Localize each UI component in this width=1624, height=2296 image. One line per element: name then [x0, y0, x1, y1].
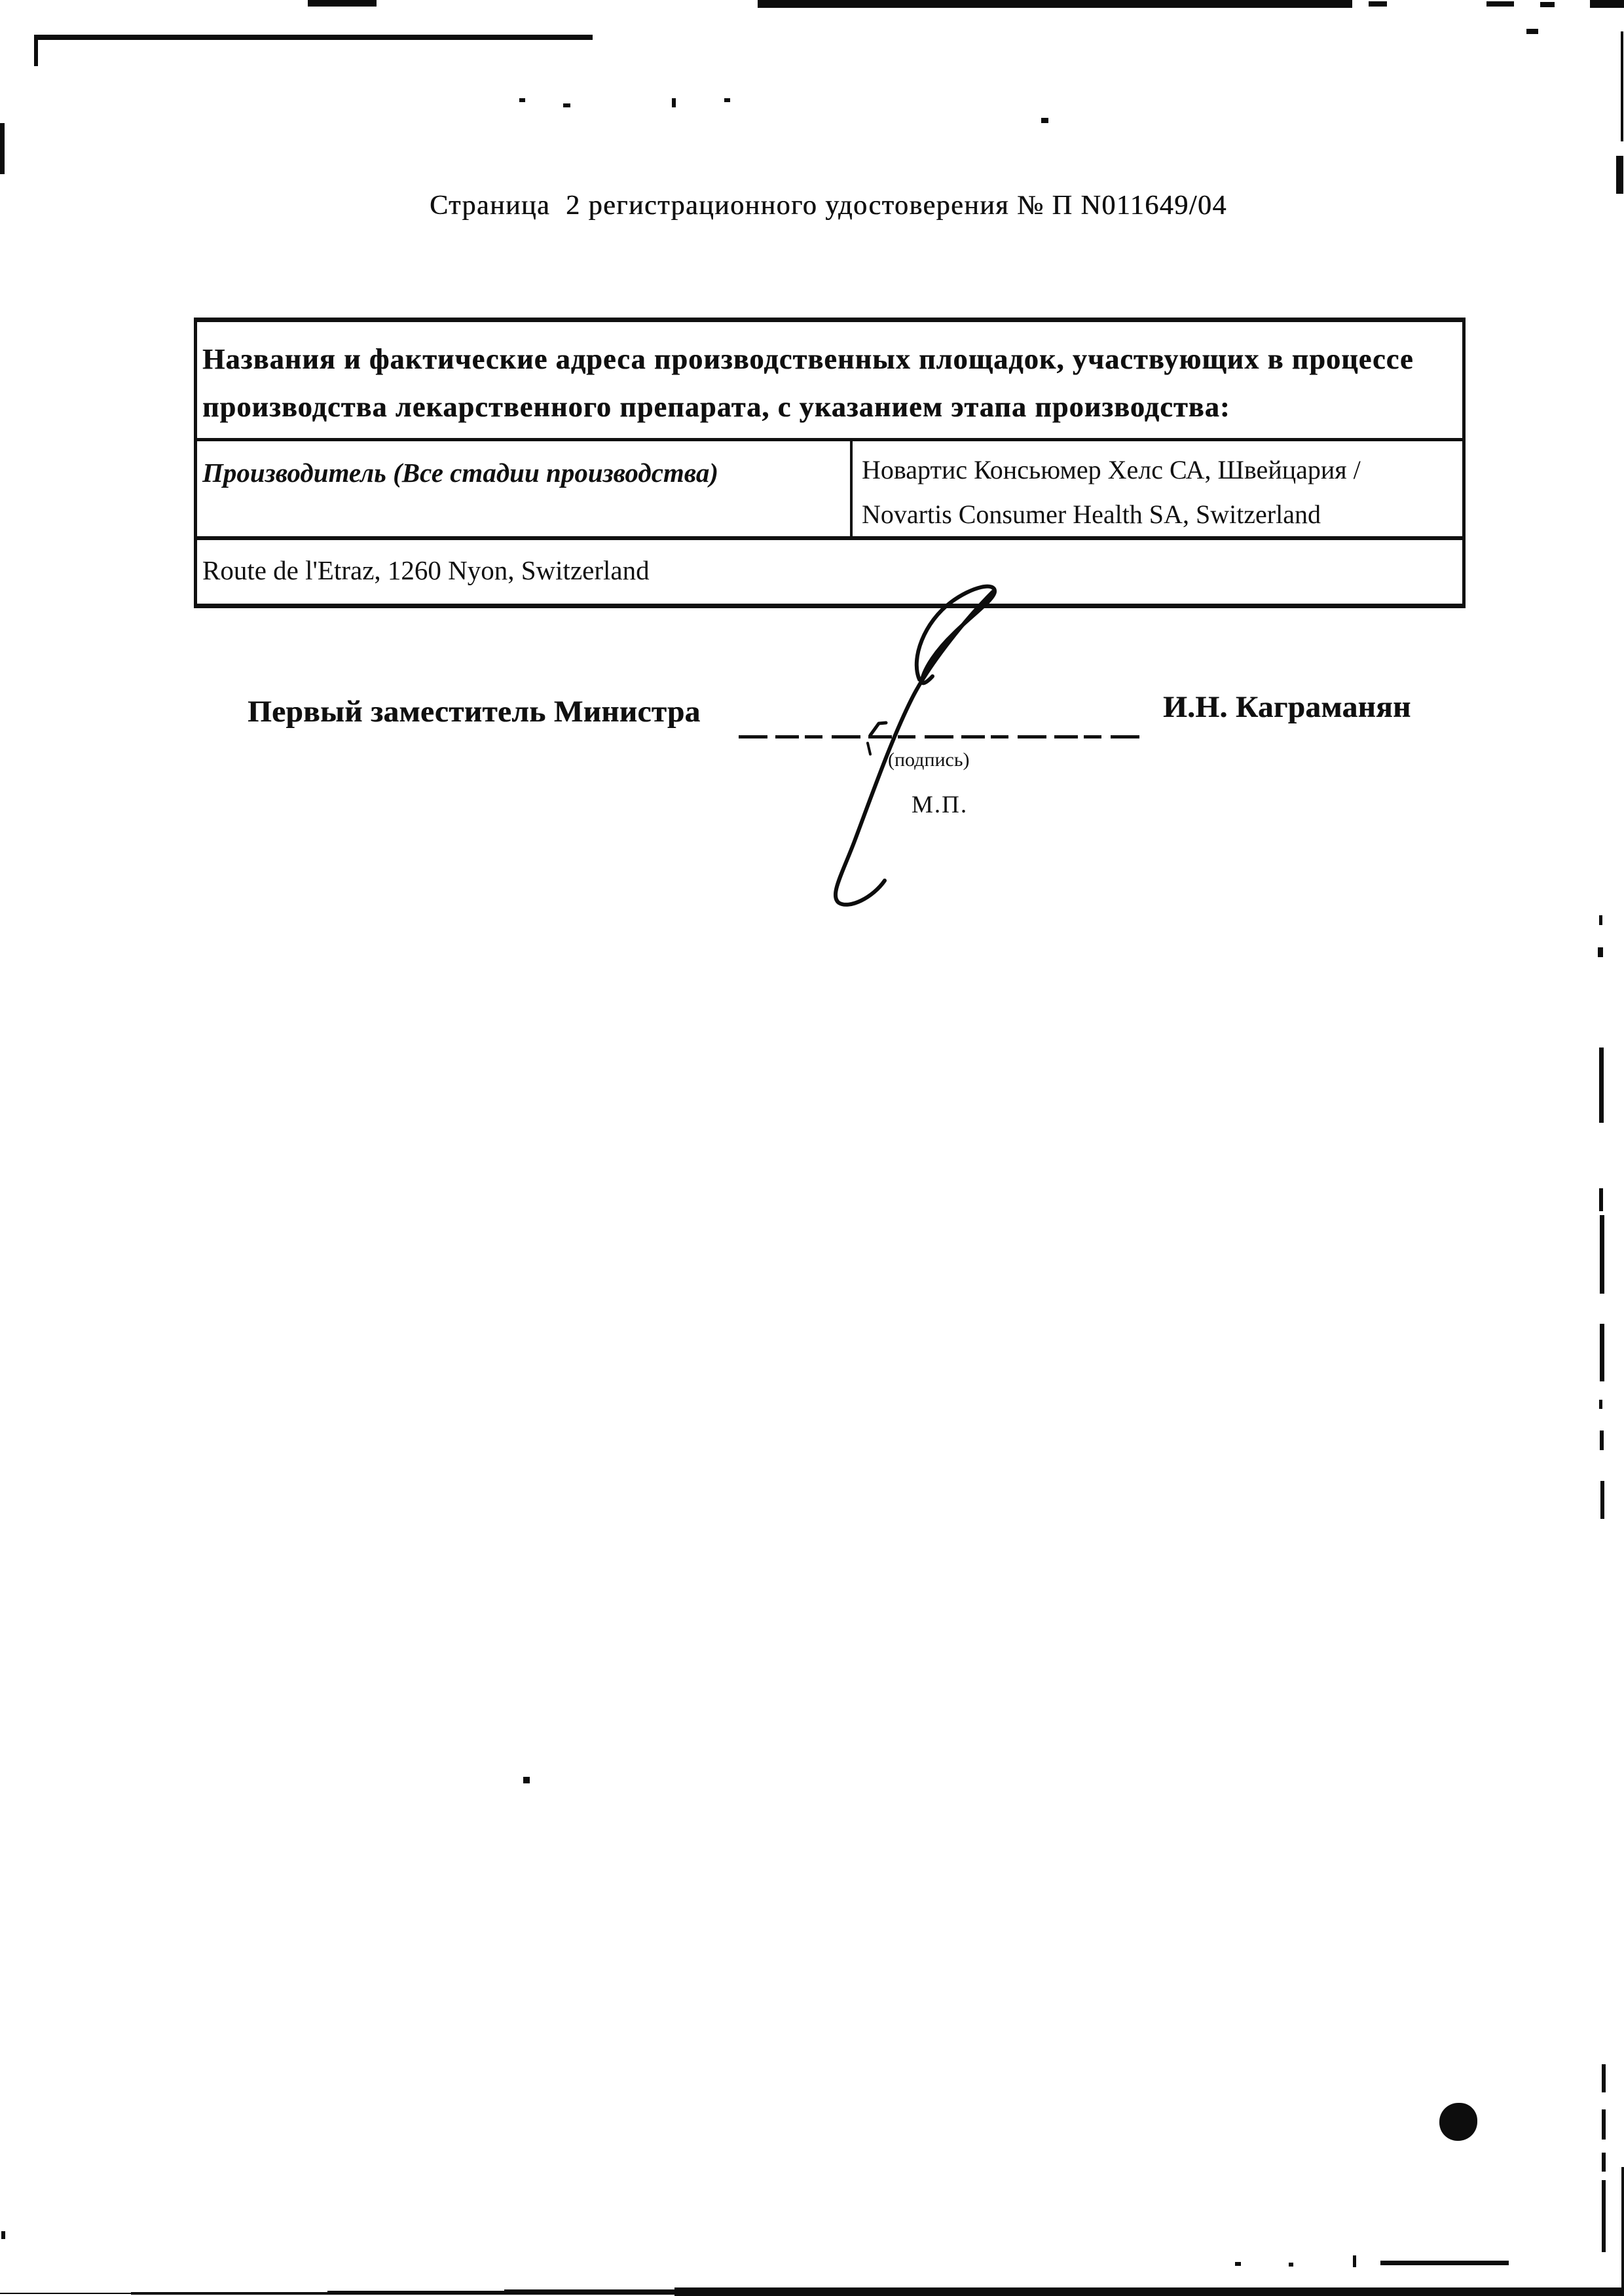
signer-name: И.Н. Каграманян [1163, 689, 1411, 725]
scan-speck [1353, 2255, 1356, 2267]
handwritten-signature [805, 575, 1028, 915]
scan-dash [1602, 2180, 1606, 2252]
scan-dash [1598, 947, 1603, 957]
scan-mark [0, 2293, 131, 2294]
table-producer-row: Производитель (Все стадии производства) … [197, 441, 1462, 540]
scan-mark [131, 2292, 327, 2295]
table-header-cell: Названия и фактические адреса производст… [197, 322, 1462, 441]
scan-dash [1600, 1430, 1604, 1450]
scan-speck [1, 2231, 5, 2239]
scan-speck [1235, 2262, 1241, 2266]
scan-mark [308, 0, 377, 7]
scan-dash [1599, 1188, 1603, 1211]
scan-mark [1616, 156, 1623, 194]
scan-speck [672, 98, 676, 107]
producer-value-en: Novartis Consumer Health SA, Switzerland [862, 492, 1462, 537]
scan-speck [519, 98, 525, 102]
scan-mark [1590, 0, 1624, 8]
scan-dash [1599, 915, 1602, 925]
scan-mark [758, 0, 1352, 8]
corner-bracket-horizontal [34, 35, 593, 40]
scan-mark [327, 2291, 504, 2295]
scan-mark [1380, 2261, 1509, 2265]
scan-dash [1600, 1324, 1604, 1381]
production-sites-table: Названия и фактические адреса производст… [194, 318, 1466, 608]
corner-bracket-vertical [34, 35, 38, 66]
scan-speck [1041, 118, 1048, 123]
producer-label-cell: Производитель (Все стадии производства) [197, 441, 853, 536]
scan-mark [1526, 29, 1538, 34]
scan-speck [724, 98, 730, 102]
scan-mark [674, 2287, 1624, 2296]
scan-speck [563, 103, 570, 107]
scan-speck [1289, 2263, 1293, 2267]
scan-mark [504, 2289, 674, 2295]
scan-dash [1599, 1048, 1604, 1123]
scan-dash [1600, 1215, 1604, 1294]
scan-dash [1602, 2064, 1606, 2092]
producer-value-cell: Новартис Консьюмер Хелс СА, Швейцария / … [853, 441, 1462, 536]
ink-blot [1439, 2103, 1477, 2141]
scan-mark [1369, 1, 1387, 7]
scan-dash [1602, 2109, 1606, 2140]
scan-dash [1600, 1481, 1604, 1519]
scan-dash [1599, 1400, 1602, 1409]
scan-mark [1540, 2, 1555, 7]
scan-speck [523, 1777, 530, 1783]
producer-value-ru: Новартис Консьюмер Хелс СА, Швейцария / [862, 448, 1462, 492]
scan-mark [0, 123, 5, 174]
scan-mark [1621, 31, 1623, 141]
scan-mark [1621, 2167, 1624, 2296]
scan-dash [1602, 2153, 1606, 2172]
table-header-line-2: производства лекарственного препарата, с… [202, 383, 1458, 431]
scan-mark [1486, 1, 1514, 7]
table-header-line-1: Названия и фактические адреса производст… [202, 335, 1458, 383]
signer-position-label: Первый заместитель Министра [248, 694, 701, 729]
scanned-document-page: Страница 2 регистрационного удостоверени… [0, 0, 1624, 2296]
page-title: Страница 2 регистрационного удостоверени… [430, 190, 1227, 221]
